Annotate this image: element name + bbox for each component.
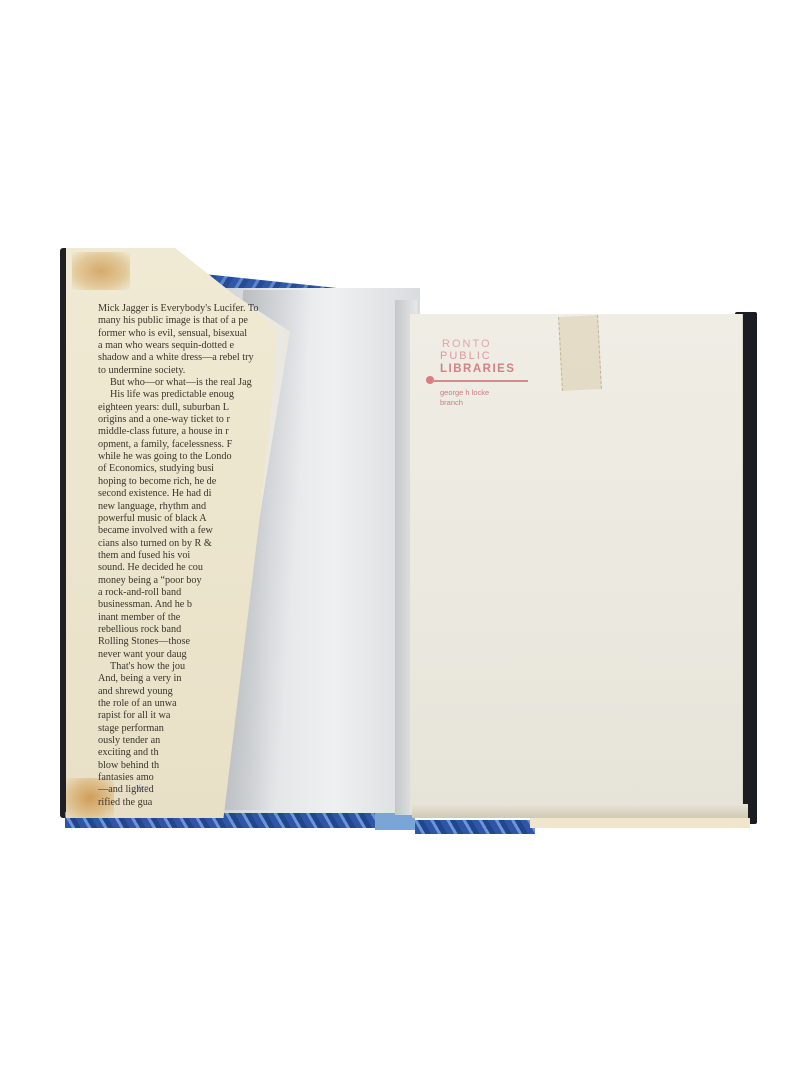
tape-residue xyxy=(558,315,602,391)
flap-text-line: to undermine society. xyxy=(98,365,273,377)
flap-text-line: ously tender an xyxy=(98,735,183,747)
flap-text-line: hoping to become rich, he de xyxy=(98,476,246,488)
continued-marker: (co xyxy=(138,783,148,792)
flap-text-line: rebellious rock band xyxy=(98,624,210,636)
flap-text-line: of Economics, studying busi xyxy=(98,463,249,475)
flap-text-line: blow behind th xyxy=(98,760,177,772)
stamp-branch-label: branch xyxy=(440,398,463,407)
tape-stain-top xyxy=(72,252,130,290)
flap-text-line: Rolling Stones—those xyxy=(98,636,207,648)
stamp-branch-name: george h locke xyxy=(440,388,489,397)
flap-text-line: Mick Jagger is Everybody's Lucifer. To xyxy=(98,303,273,315)
flap-text-line: origins and a one-way ticket to r xyxy=(98,414,261,426)
flap-text-line: them and fused his voi xyxy=(98,550,228,562)
flap-text-line: money being a “poor boy xyxy=(98,575,222,587)
flap-text-line: powerful music of black A xyxy=(98,513,237,525)
flap-text-line: And, being a very in xyxy=(98,673,198,685)
flap-text-line: exciting and th xyxy=(98,747,180,759)
flap-text-line: and shrewd young xyxy=(98,686,195,698)
flap-text-line: But who—or what—is the real Jag xyxy=(98,377,282,389)
flap-text-line: businessman. And he b xyxy=(98,599,216,611)
flap-text-line: cians also turned on by R & xyxy=(98,538,231,550)
flap-text-line: rified the gua xyxy=(98,797,168,809)
flap-text-line: former who is evil, sensual, bisexual xyxy=(98,328,273,340)
flap-text-line: inant member of the xyxy=(98,612,213,624)
flap-text-line: second existence. He had di xyxy=(98,488,243,500)
flap-text-line: middle-class future, a house in r xyxy=(98,426,258,438)
flap-text-line: opment, a family, facelessness. F xyxy=(98,439,255,451)
flap-text-line: never want your daug xyxy=(98,649,204,661)
page-block-bottom xyxy=(530,818,750,828)
flap-text-line: many his public image is that of a pe xyxy=(98,315,273,327)
flap-text-line: while he was going to the Londo xyxy=(98,451,252,463)
stamp-line-3: LIBRARIES xyxy=(440,363,515,375)
flap-text-line: became involved with a few xyxy=(98,525,234,537)
flap-text-line: eighteen years: dull, suburban L xyxy=(98,402,264,414)
flap-text-line: the role of an unwa xyxy=(98,698,192,710)
flap-text-line: That's how the jou xyxy=(98,661,213,673)
flap-text-line: stage performan xyxy=(98,723,186,735)
flap-text-line: —and lighted xyxy=(98,784,171,796)
flap-text-line: His life was predictable enoug xyxy=(98,389,279,401)
flap-text-line: a rock-and-roll band xyxy=(98,587,219,599)
page-block-edge xyxy=(412,804,748,818)
flap-text-line: shadow and a white dress—a rebel try xyxy=(98,352,273,364)
stamp-line-1: RONTO xyxy=(442,338,492,350)
endpaper-pattern-bottom-right xyxy=(415,820,535,834)
flap-text-line: a man who wears sequin-dotted e xyxy=(98,340,273,352)
flap-text-line: rapist for all it wa xyxy=(98,710,189,722)
flap-text-line: fantasies amo xyxy=(98,772,174,784)
stamp-line-2: PUBLIC xyxy=(440,350,492,362)
stamp-rule xyxy=(432,380,528,382)
flap-text-line: sound. He decided he cou xyxy=(98,562,225,574)
jacket-flap-text: Mick Jagger is Everybody's Lucifer. Toma… xyxy=(98,303,298,809)
flap-text-line: new language, rhythm and xyxy=(98,501,240,513)
